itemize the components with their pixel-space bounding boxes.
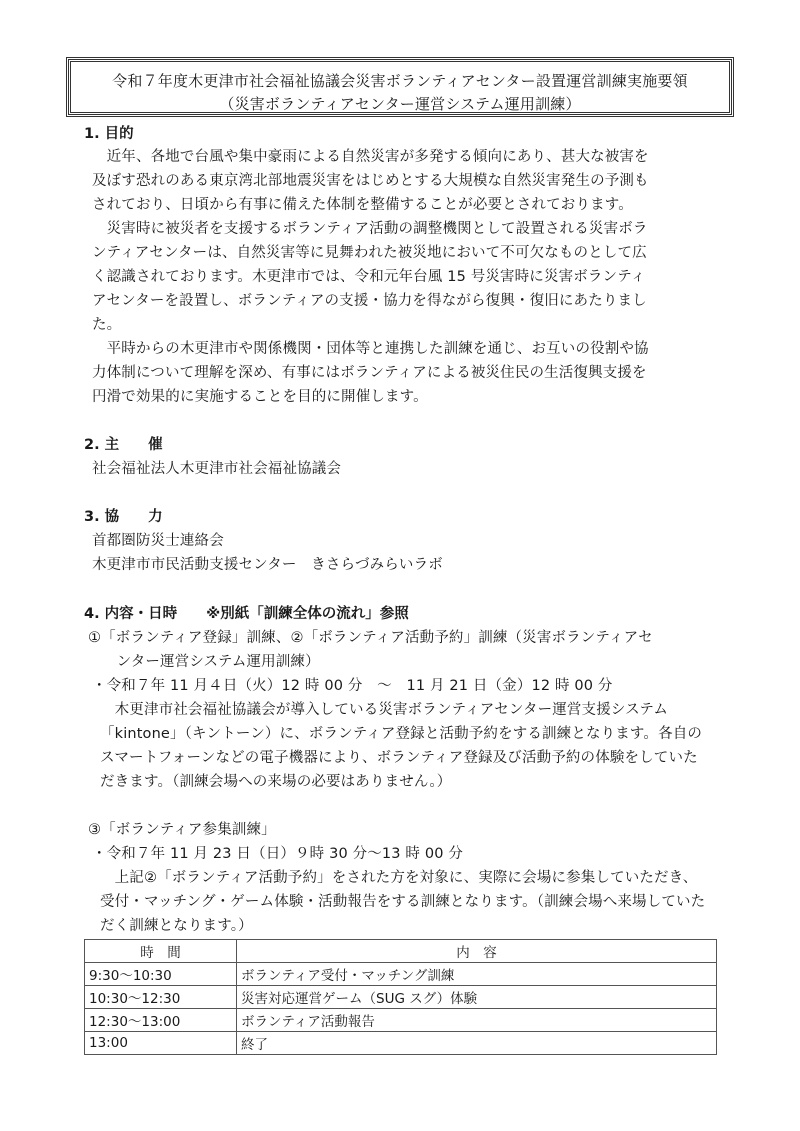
cooperator-name: 木更津市市民活動支援センター きさらづみらいラボ: [92, 553, 443, 574]
part2-date: ・令和７年 11 月 23 日（日）９時 30 分～13 時 00 分: [92, 842, 463, 863]
section-heading-cooperation: 3. 協 力: [84, 505, 163, 526]
purpose-line: 災害時に被災者を支援するボランティア活動の調整機関として設置される災害ボラ: [92, 217, 648, 238]
table-row: 13:00 終了: [85, 1032, 717, 1055]
document-page: 令和７年度木更津市社会福祉協議会災害ボランティアセンター設置運営訓練実施要領 （…: [0, 0, 800, 1131]
cell-content: 終了: [237, 1032, 717, 1055]
cell-time: 10:30～12:30: [85, 986, 237, 1009]
part1-date: ・令和７年 11 月４日（火）12 時 00 分 ～ 11 月 21 日（金）1…: [92, 674, 613, 695]
section-heading-purpose: 1. 目的: [84, 122, 134, 143]
cell-time: 12:30～13:00: [85, 1009, 237, 1032]
section-heading-content: 4. 内容・日時 ※別紙「訓練全体の流れ」参照: [84, 602, 409, 623]
part2-description-line: だく訓練となります。）: [100, 914, 253, 935]
organizer-name: 社会福祉法人木更津市社会福祉協議会: [92, 457, 341, 478]
header-content: 内 容: [237, 940, 717, 963]
cell-content: ボランティア活動報告: [237, 1009, 717, 1032]
title-box: 令和７年度木更津市社会福祉協議会災害ボランティアセンター設置運営訓練実施要領 （…: [66, 57, 734, 117]
table-row: 10:30～12:30 災害対応運営ゲーム（SUG スグ）体験: [85, 986, 717, 1009]
part1-title: ①「ボランティア登録」訓練、②「ボランティア活動予約」訓練（災害ボランティアセ: [88, 626, 653, 647]
table-row: 12:30～13:00 ボランティア活動報告: [85, 1009, 717, 1032]
document-subtitle: （災害ボランティアセンター運営システム運用訓練）: [69, 93, 731, 114]
purpose-line: 近年、各地で台風や集中豪雨による自然災害が多発する傾向にあり、甚大な被害を: [92, 145, 649, 166]
cell-time: 13:00: [85, 1032, 237, 1055]
purpose-line: 力体制について理解を深め、有事にはボランティアによる被災住民の生活復興支援を: [92, 361, 647, 382]
purpose-line: 円滑で効果的に実施することを目的に開催します。: [92, 385, 428, 406]
part1-description-line: 「kintone」（キントーン）に、ボランティア登録と活動予約をする訓練となりま…: [100, 722, 702, 743]
cell-content: ボランティア受付・マッチング訓練: [237, 963, 717, 986]
cell-content: 災害対応運営ゲーム（SUG スグ）体験: [237, 986, 717, 1009]
purpose-line: されており、日頃から有事に備えた体制を整備することが必要とされております。: [92, 193, 633, 214]
purpose-line: 及ぼす恐れのある東京湾北部地震災害をはじめとする大規模な自然災害発生の予測も: [92, 169, 649, 190]
part2-description-line: 受付・マッチング・ゲーム体験・活動報告をする訓練となります。（訓練会場へ来場して…: [100, 890, 705, 911]
schedule-table: 時 間 内 容 9:30～10:30 ボランティア受付・マッチング訓練 10:3…: [84, 939, 717, 1055]
purpose-line: た。: [92, 313, 121, 334]
part1-description-line: スマートフォーンなどの電子機器により、ボランティア登録及び活動予約の体験をしてい…: [100, 746, 698, 767]
purpose-line: ンティアセンターは、自然災害等に見舞われた被災地において不可欠なものとして広: [92, 241, 647, 262]
part1-description-line: 木更津市社会福祉協議会が導入している災害ボランティアセンター運営支援システム: [100, 698, 668, 719]
part2-description-line: 上記②「ボランティア活動予約」をされた方を対象に、実際に会場に参集していただき、: [100, 866, 697, 887]
section-heading-organizer: 2. 主 催: [84, 433, 163, 454]
header-time: 時 間: [85, 940, 237, 963]
document-title: 令和７年度木更津市社会福祉協議会災害ボランティアセンター設置運営訓練実施要領: [69, 70, 731, 91]
part2-title: ③「ボランティア参集訓練」: [88, 818, 276, 839]
part1-description-line: だきます。（訓練会場への来場の必要はありません。）: [100, 770, 451, 791]
cooperator-name: 首都圏防災士連絡会: [92, 529, 224, 550]
purpose-line: アセンターを設置し、ボランティアの支援・協力を得ながら復興・復旧にあたりまし: [92, 289, 647, 310]
table-header-row: 時 間 内 容: [85, 940, 717, 963]
part1-title: ンター運営システム運用訓練）: [102, 650, 320, 671]
purpose-line: く認識されております。木更津市では、令和元年台風 15 号災害時に災害ボランティ: [92, 265, 645, 286]
purpose-line: 平時からの木更津市や関係機関・団体等と連携した訓練を通じ、お互いの役割や協: [92, 337, 649, 358]
cell-time: 9:30～10:30: [85, 963, 237, 986]
table-row: 9:30～10:30 ボランティア受付・マッチング訓練: [85, 963, 717, 986]
